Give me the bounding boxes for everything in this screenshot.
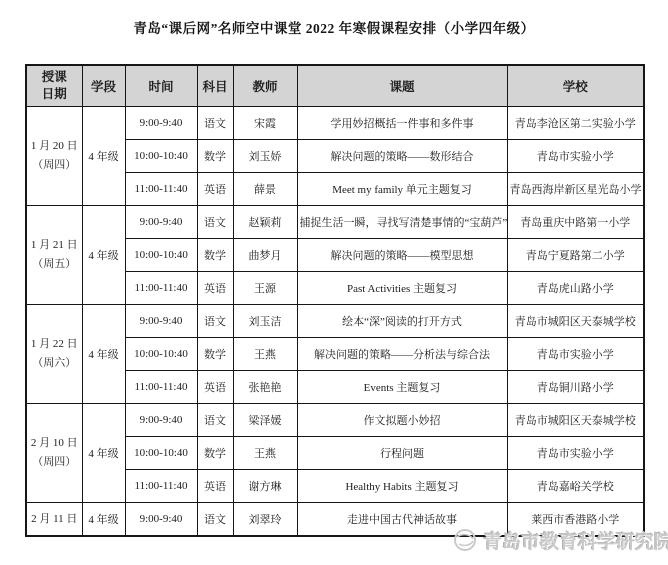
table-row: 1 月 21 日 （周五） 4 年级 9:00-9:40 语文 赵颖莉 捕捉生活…: [26, 206, 644, 239]
col-header-date-label: 授课日期: [40, 69, 69, 103]
school-cell: 青岛市实验小学: [507, 140, 644, 173]
page: 青岛“课后网”名师空中课堂 2022 年寒假课程安排（小学四年级） 授课日期 学…: [0, 0, 668, 565]
table-row: 1 月 20 日 （周四） 4 年级 9:00-9:40 语文 宋霞 学用妙招概…: [26, 107, 644, 140]
teacher-cell: 王燕: [233, 338, 297, 371]
subject-cell: 语文: [197, 206, 233, 239]
weekday-text: （周四）: [29, 156, 80, 175]
topic-cell: Events 主题复习: [297, 371, 507, 404]
col-header-grade: 学段: [82, 65, 125, 107]
teacher-cell: 宋霞: [233, 107, 297, 140]
institute-logo-icon: [452, 527, 478, 553]
school-cell: 青岛市城阳区天泰城学校: [507, 305, 644, 338]
subject-cell: 数学: [197, 140, 233, 173]
subject-cell: 英语: [197, 272, 233, 305]
school-cell: 青岛市实验小学: [507, 338, 644, 371]
date-cell: 1 月 22 日 （周六）: [26, 305, 82, 404]
subject-cell: 英语: [197, 371, 233, 404]
time-cell: 11:00-11:40: [125, 173, 197, 206]
date-text: 2 月 11 日: [29, 510, 80, 529]
time-cell: 10:00-10:40: [125, 239, 197, 272]
time-cell: 9:00-9:40: [125, 503, 197, 537]
school-cell: 青岛市实验小学: [507, 437, 644, 470]
topic-cell: 捕捉生活一瞬，寻找写清楚事情的“宝葫芦”: [297, 206, 507, 239]
schedule-table: 授课日期 学段 时间 科目 教师 课题 学校 1 月 20 日 （周四） 4 年…: [25, 64, 645, 537]
school-cell: 青岛虎山路小学: [507, 272, 644, 305]
time-cell: 9:00-9:40: [125, 404, 197, 437]
teacher-cell: 刘玉洁: [233, 305, 297, 338]
school-cell: 青岛市城阳区天泰城学校: [507, 404, 644, 437]
page-title: 青岛“课后网”名师空中课堂 2022 年寒假课程安排（小学四年级）: [0, 17, 668, 37]
teacher-cell: 刘翠玲: [233, 503, 297, 537]
subject-cell: 数学: [197, 437, 233, 470]
col-header-school: 学校: [507, 65, 644, 107]
teacher-cell: 谢方琳: [233, 470, 297, 503]
teacher-cell: 曲梦月: [233, 239, 297, 272]
time-cell: 9:00-9:40: [125, 107, 197, 140]
table-row: 2 月 10 日 （周四） 4 年级 9:00-9:40 语文 梁泽媛 作文拟题…: [26, 404, 644, 437]
date-text: 1 月 20 日: [29, 137, 80, 156]
topic-cell: 解决问题的策略——分析法与综合法: [297, 338, 507, 371]
teacher-cell: 梁泽媛: [233, 404, 297, 437]
time-cell: 10:00-10:40: [125, 140, 197, 173]
topic-cell: 学用妙招概括一件事和多件事: [297, 107, 507, 140]
date-text: 1 月 22 日: [29, 335, 80, 354]
school-cell: 青岛嘉峪关学校: [507, 470, 644, 503]
school-cell: 青岛宁夏路第二小学: [507, 239, 644, 272]
time-cell: 9:00-9:40: [125, 305, 197, 338]
col-header-date: 授课日期: [26, 65, 82, 107]
subject-cell: 数学: [197, 338, 233, 371]
grade-cell: 4 年级: [82, 107, 125, 206]
subject-cell: 英语: [197, 470, 233, 503]
grade-cell: 4 年级: [82, 503, 125, 537]
topic-cell: Meet my family 单元主题复习: [297, 173, 507, 206]
teacher-cell: 赵颖莉: [233, 206, 297, 239]
school-cell: 青岛李沧区第二实验小学: [507, 107, 644, 140]
school-cell: 青岛铜川路小学: [507, 371, 644, 404]
subject-cell: 语文: [197, 305, 233, 338]
grade-cell: 4 年级: [82, 305, 125, 404]
date-cell: 1 月 20 日 （周四）: [26, 107, 82, 206]
date-cell: 2 月 10 日 （周四）: [26, 404, 82, 503]
teacher-cell: 薛景: [233, 173, 297, 206]
weekday-text: （周四）: [29, 453, 80, 472]
col-header-topic: 课题: [297, 65, 507, 107]
teacher-cell: 王源: [233, 272, 297, 305]
subject-cell: 数学: [197, 239, 233, 272]
school-cell: 青岛重庆中路第一小学: [507, 206, 644, 239]
topic-cell: Past Activities 主题复习: [297, 272, 507, 305]
watermark-text: 青岛市教育科学研究院: [483, 527, 668, 554]
header-row: 授课日期 学段 时间 科目 教师 课题 学校: [26, 65, 644, 107]
time-cell: 10:00-10:40: [125, 437, 197, 470]
time-cell: 9:00-9:40: [125, 206, 197, 239]
time-cell: 11:00-11:40: [125, 470, 197, 503]
col-header-time: 时间: [125, 65, 197, 107]
subject-cell: 语文: [197, 107, 233, 140]
subject-cell: 语文: [197, 503, 233, 537]
date-cell: 1 月 21 日 （周五）: [26, 206, 82, 305]
topic-cell: 作文拟题小妙招: [297, 404, 507, 437]
time-cell: 11:00-11:40: [125, 371, 197, 404]
time-cell: 11:00-11:40: [125, 272, 197, 305]
grade-cell: 4 年级: [82, 206, 125, 305]
school-cell: 青岛西海岸新区星光岛小学: [507, 173, 644, 206]
teacher-cell: 刘玉娇: [233, 140, 297, 173]
date-text: 2 月 10 日: [29, 434, 80, 453]
table-row: 1 月 22 日 （周六） 4 年级 9:00-9:40 语文 刘玉洁 绘本“深…: [26, 305, 644, 338]
grade-cell: 4 年级: [82, 404, 125, 503]
teacher-cell: 张艳艳: [233, 371, 297, 404]
subject-cell: 语文: [197, 404, 233, 437]
topic-cell: 解决问题的策略——模型思想: [297, 239, 507, 272]
weekday-text: （周六）: [29, 354, 80, 373]
topic-cell: 绘本“深”阅读的打开方式: [297, 305, 507, 338]
time-cell: 10:00-10:40: [125, 338, 197, 371]
col-header-teacher: 教师: [233, 65, 297, 107]
topic-cell: Healthy Habits 主题复习: [297, 470, 507, 503]
date-cell: 2 月 11 日: [26, 503, 82, 537]
teacher-cell: 王燕: [233, 437, 297, 470]
col-header-subject: 科目: [197, 65, 233, 107]
date-text: 1 月 21 日: [29, 236, 80, 255]
topic-cell: 行程问题: [297, 437, 507, 470]
topic-cell: 解决问题的策略——数形结合: [297, 140, 507, 173]
watermark: 青岛市教育科学研究院: [452, 523, 668, 557]
weekday-text: （周五）: [29, 255, 80, 274]
subject-cell: 英语: [197, 173, 233, 206]
